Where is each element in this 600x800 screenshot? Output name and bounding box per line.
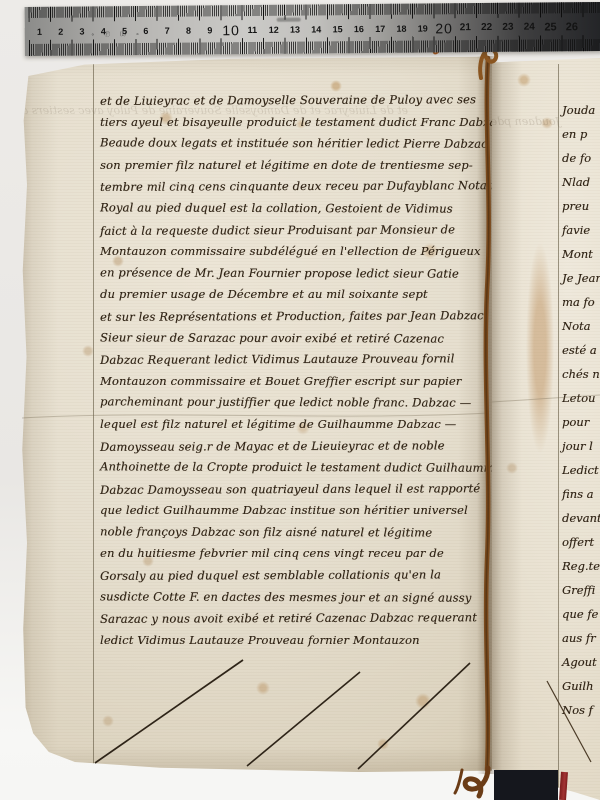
manuscript-line: Guilh — [562, 674, 600, 698]
ruler-number: 23 — [497, 20, 518, 36]
manuscript-line: esté a — [562, 338, 600, 362]
manuscript-line: de fo — [562, 146, 600, 170]
ruler-number: 2 — [50, 24, 71, 40]
book-cover — [494, 770, 558, 800]
ruler-number: 8 — [178, 22, 199, 38]
manuscript-line: lequel est filz naturel et légitime de G… — [100, 414, 486, 436]
manuscript-line: Beaude doux legats et instituée son héri… — [100, 133, 486, 156]
manuscript-line: jour l — [562, 434, 600, 458]
manuscript-text-block: et de Liuieyrac et de Damoyselle Souvera… — [100, 90, 486, 651]
ruler-certification-marks: ∘ Ⓕ ⑴ ∘ — [91, 29, 144, 38]
ruler-number: 18 — [391, 21, 412, 37]
manuscript-line: du premier usage de Décembre et au mil s… — [100, 284, 486, 306]
manuscript-line: ma fo — [562, 290, 600, 314]
manuscript-text-block: Joudaen pde foNladpreufavieMontJe Jeanma… — [562, 98, 600, 722]
book-cover-red-edge — [559, 772, 568, 800]
manuscript-line: son premier filz naturel et légitime en … — [100, 155, 486, 177]
manuscript-line: susdicte Cotte F. en dactes des mesmes j… — [100, 586, 486, 609]
manuscript-line: favie — [562, 218, 600, 242]
manuscript-line: parcheminant pour justiffier que ledict … — [100, 392, 486, 415]
ruler-number: 20 — [433, 20, 454, 36]
ink-showthrough: Joudaen pde foNladpreufavieMontJe Jeanma… — [492, 110, 560, 134]
ruler-number: 14 — [306, 21, 327, 37]
manuscript-line: Mont — [562, 242, 600, 266]
ruler-number: 12 — [263, 22, 284, 38]
ruler-number: 9 — [199, 22, 220, 38]
ruler-number: 22 — [476, 20, 497, 36]
manuscript-line: Damoysseau seig.r de Mayac et de Lieuiey… — [100, 435, 486, 458]
manuscript-right-page: Joudaen pde foNladpreufavieMontJe Jeanma… — [492, 58, 600, 800]
manuscript-line: et de Liuieyrac et de Damoyselle Souvera… — [100, 89, 486, 112]
ruler-cm: 1234567891011121314151617181920212223242… — [25, 2, 600, 56]
manuscript-line: Dabzac Requerant ledict Vidimus Lautauze… — [100, 348, 486, 371]
manuscript-line: Dabzac Damoysseau son quatriayeul dans l… — [100, 478, 486, 501]
ruler-number: 24 — [519, 20, 540, 36]
manuscript-line: Letou — [562, 386, 600, 410]
ruler-number: 25 — [540, 19, 561, 35]
manuscript-line: Montauzon commissaire subdélégué en l'el… — [100, 241, 486, 263]
manuscript-line: Royal au pied duquel est la collation, G… — [100, 197, 486, 220]
manuscript-line: noble françoys Dabzac son filz aisné nat… — [100, 521, 486, 544]
margin-rule — [93, 62, 94, 764]
manuscript-line: aus fr — [562, 626, 600, 650]
ruler-number: 7 — [156, 23, 177, 39]
manuscript-line: en du huitiesme febvrier mil cinq cens v… — [100, 543, 486, 565]
ruler-number: 1 — [29, 24, 50, 40]
ruler-number: 19 — [412, 20, 433, 36]
manuscript-line: en présence de Mr. Jean Fournier propose… — [100, 262, 486, 285]
manuscript-line: Agout — [562, 650, 600, 674]
ruler-number: 11 — [242, 22, 263, 38]
cord-frayed-end — [455, 770, 462, 793]
manuscript-line: Ledict — [562, 458, 600, 482]
ruler-number: 16 — [348, 21, 369, 37]
manuscript-line: offert — [562, 530, 600, 554]
ruler-number: 10 — [220, 22, 241, 38]
manuscript-line: pour — [562, 410, 600, 434]
ruler-number: 3 — [71, 23, 92, 39]
manuscript-left-page: et de Liuieyrac et de Damoyselle Souvera… — [18, 56, 492, 772]
manuscript-line: Jouda — [562, 98, 600, 122]
manuscript-line: Nos f — [562, 698, 600, 722]
ruler-number: 17 — [369, 21, 390, 37]
manuscript-line: que fe — [562, 602, 600, 626]
manuscript-line: faict à la requeste dudict sieur Produis… — [100, 219, 486, 242]
manuscript-line: Greffi — [562, 578, 600, 602]
manuscript-line: chés n — [562, 362, 600, 386]
manuscript-line: devant — [562, 506, 600, 530]
manuscript-line: Montauzon commissaire et Bouet Greffier … — [100, 371, 486, 393]
manuscript-line: Anthoinette de la Cropte produict le tes… — [100, 456, 486, 479]
manuscript-line: tembre mil cinq cens cinquante deux rece… — [100, 176, 486, 199]
manuscript-line: que ledict Guilhaumme Dabzac institue so… — [100, 500, 486, 522]
manuscript-line: tiers ayeul et bisayeulle produict le te… — [100, 112, 486, 134]
ruler-brand-mark — [277, 18, 301, 22]
manuscript-line: Gorsaly au pied duquel est semblable col… — [100, 564, 486, 587]
margin-rule — [558, 64, 559, 792]
ruler-number: 26 — [561, 19, 582, 35]
ruler-number: 13 — [284, 22, 305, 38]
manuscript-line: fins a — [562, 482, 600, 506]
manuscript-line: Sieur sieur de Sarazac pour avoir exibé … — [100, 327, 486, 350]
manuscript-line: preu — [562, 194, 600, 218]
manuscript-line: ledict Vidimus Lautauze Prouveau fornier… — [100, 630, 486, 652]
manuscript-line: et sur les Représentations et Production… — [100, 305, 486, 328]
manuscript-line: Je Jean — [562, 266, 600, 290]
manuscript-line: Nlad — [562, 170, 600, 194]
ruler-number: 15 — [327, 21, 348, 37]
manuscript-line: en p — [562, 122, 600, 146]
manuscript-line: Sarazac y nous avoit exibé et retiré Caz… — [100, 607, 486, 630]
photo-scene: et de Liuieyrac et de Damoyselle Souvera… — [0, 0, 600, 800]
manuscript-line: Nota — [562, 314, 600, 338]
manuscript-line: Reg.te — [562, 554, 600, 578]
ruler-number: 21 — [455, 20, 476, 36]
